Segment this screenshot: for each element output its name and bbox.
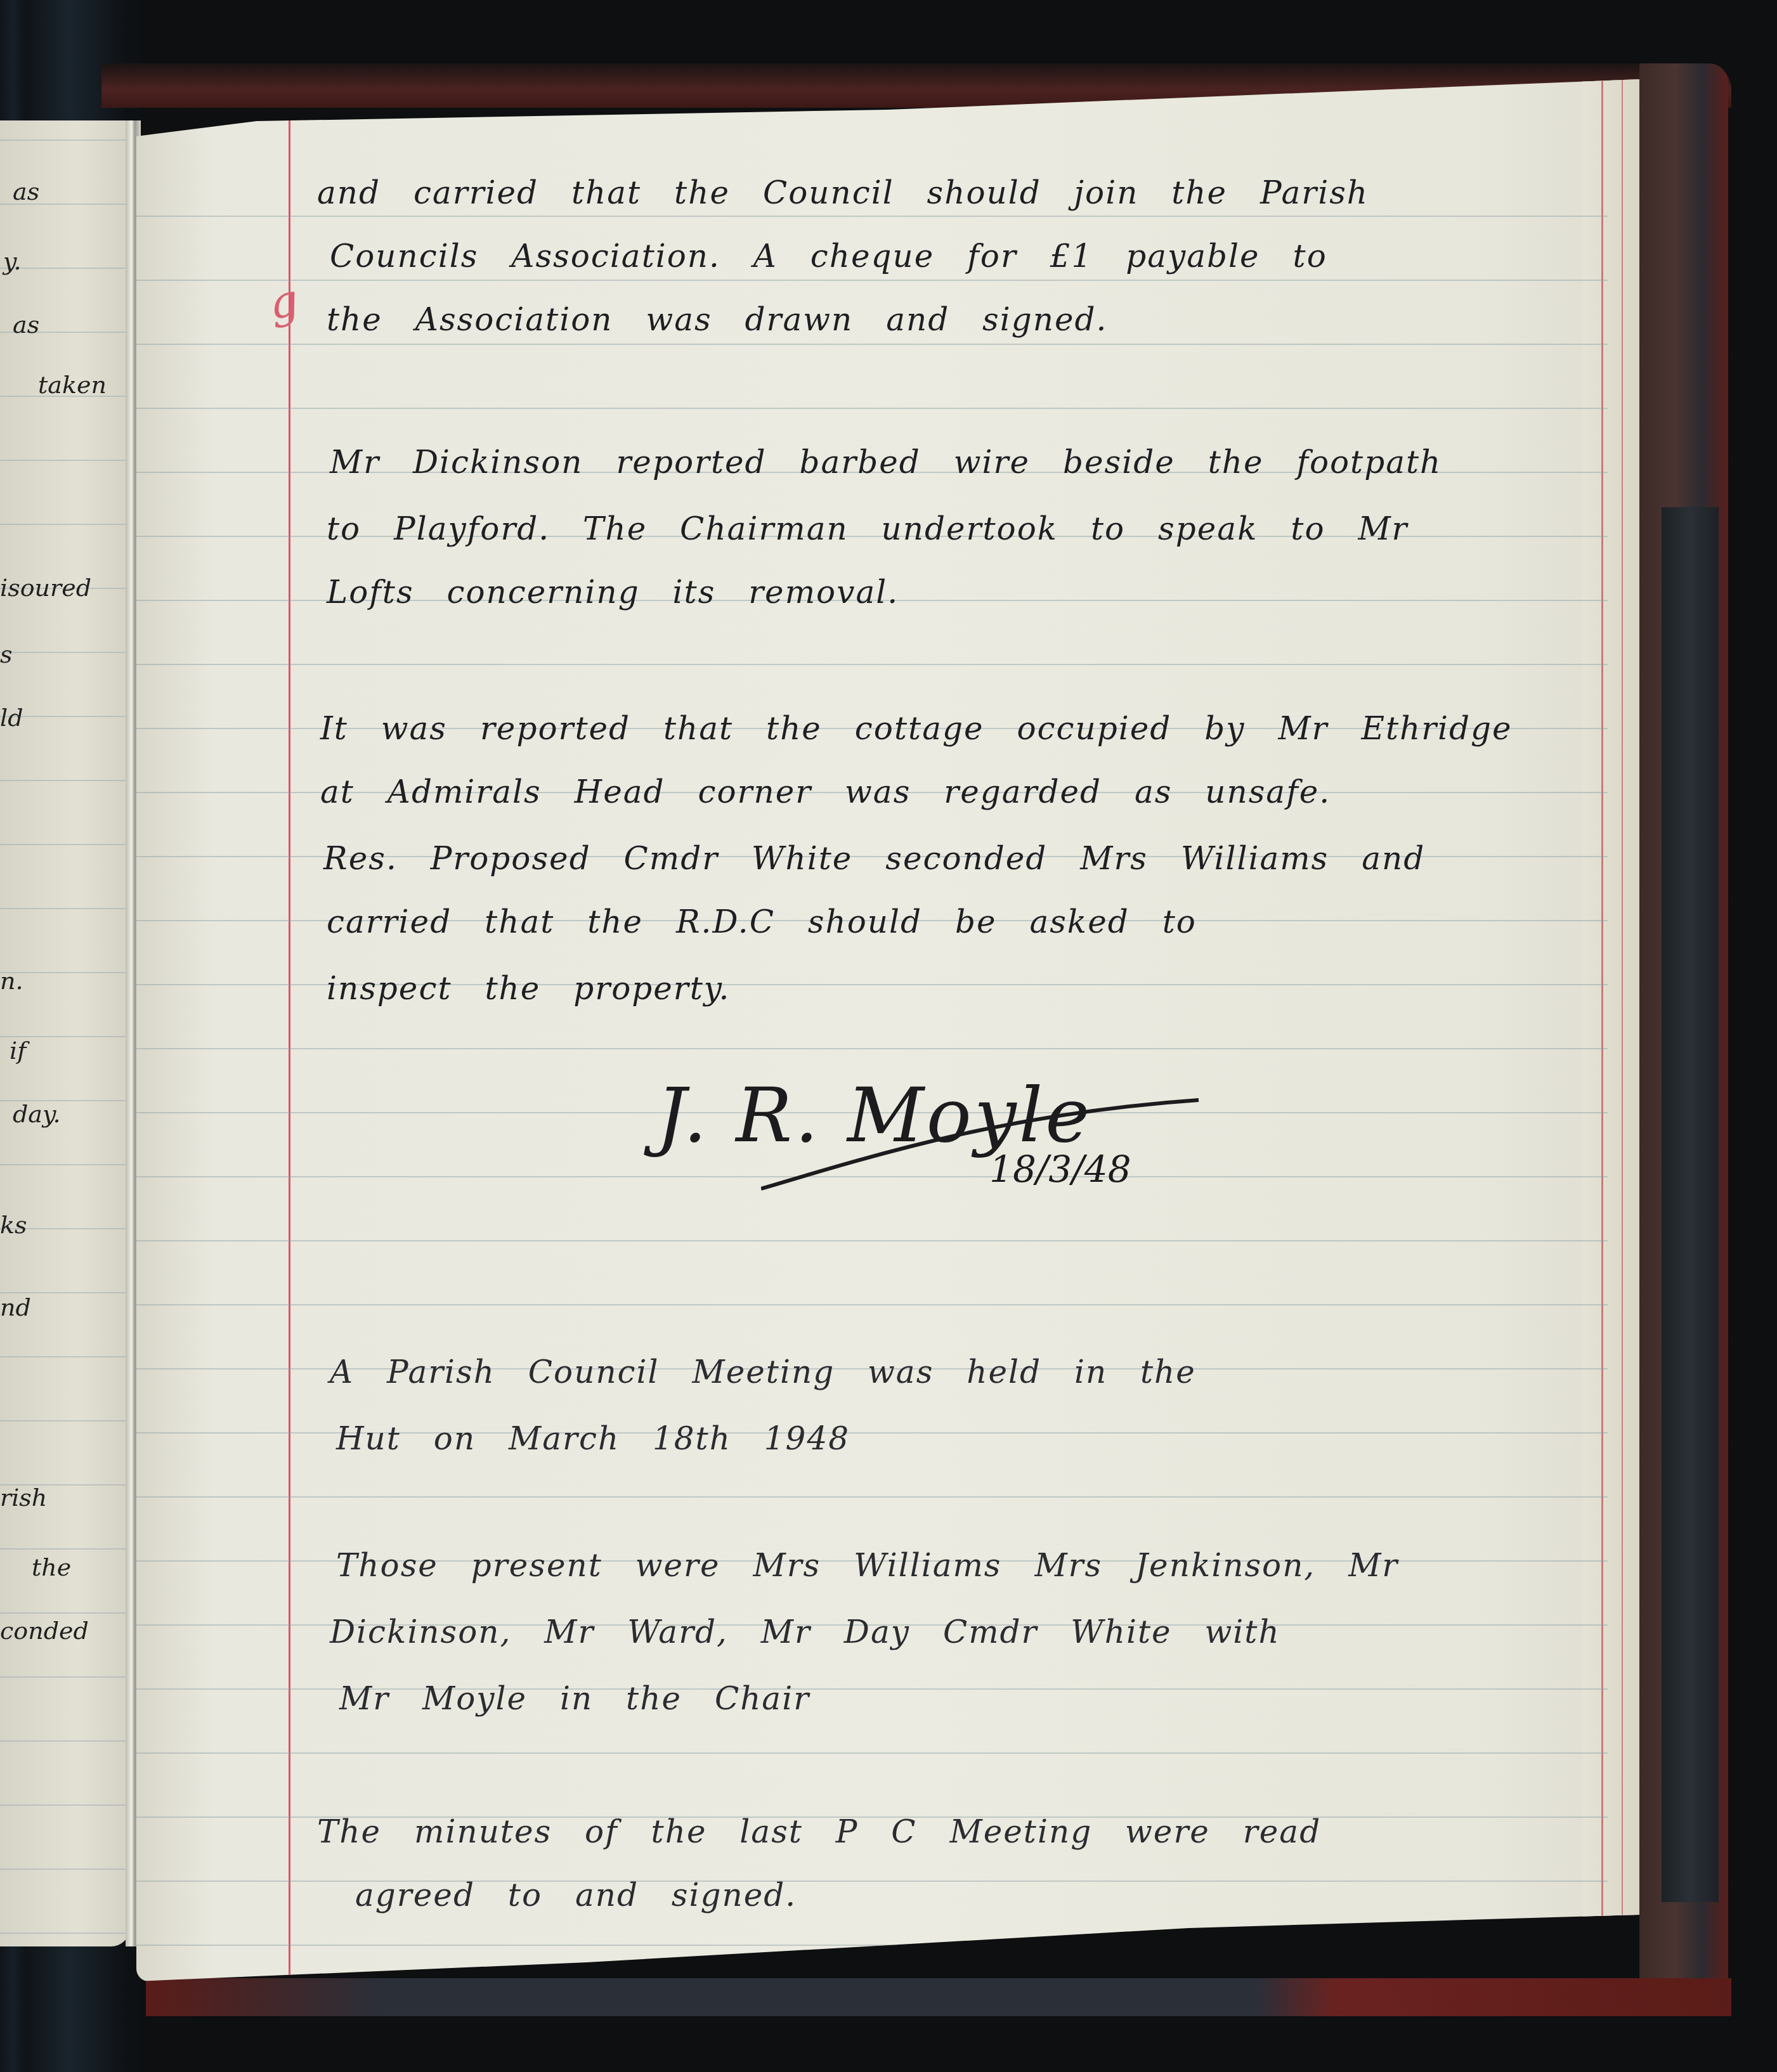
- left-page-text-fragment: taken: [38, 371, 107, 399]
- ruled-line: [0, 1804, 130, 1806]
- signature-date: 18/3/48: [989, 1148, 1131, 1191]
- left-page-text-fragment: conded: [0, 1617, 89, 1645]
- ruled-line: [136, 1752, 1608, 1754]
- ruled-line: [136, 1945, 1608, 1946]
- left-page: asy.astakenisouredsldn.ifday.ksndrishthe…: [0, 120, 130, 1946]
- entry-barbed-wire-line-1: Mr Dickinson reported barbed wire beside…: [330, 444, 1442, 481]
- left-page-text-fragment: s: [0, 640, 13, 668]
- ruled-line: [0, 1548, 130, 1550]
- book-cover-cloth-spine: [1662, 507, 1719, 1902]
- ruled-line: [0, 908, 130, 909]
- left-page-text-fragment: nd: [0, 1293, 31, 1321]
- attendance-line-1: Those present were Mrs Williams Mrs Jenk…: [336, 1547, 1398, 1584]
- left-page-text-fragment: n.: [0, 967, 23, 995]
- ruled-line: [0, 524, 130, 525]
- left-page-text-fragment: if: [10, 1037, 26, 1065]
- entry-cottage-line-5: inspect the property.: [327, 970, 730, 1007]
- left-page-text-fragment: ld: [0, 704, 23, 732]
- entry-cottage-line-2: at Admirals Head corner was regarded as …: [320, 774, 1331, 810]
- attendance-line-3: Mr Moyle in the Chair: [339, 1680, 810, 1717]
- left-page-text-fragment: as: [13, 178, 39, 205]
- ruled-line: [0, 1868, 130, 1870]
- entry-barbed-wire-line-3: Lofts concerning its removal.: [327, 574, 899, 611]
- ruled-line: [136, 408, 1608, 409]
- entry-barbed-wire-line-2: to Playford. The Chairman undertook to s…: [327, 510, 1409, 547]
- ruled-line: [0, 139, 130, 141]
- ruled-line: [136, 1496, 1608, 1498]
- ruled-line: [136, 1304, 1608, 1305]
- minutes-line-1: The minutes of the last P C Meeting were…: [317, 1813, 1321, 1850]
- meeting-heading-line-1: A Parish Council Meeting was held in the: [330, 1354, 1196, 1390]
- left-page-text-fragment: as: [13, 311, 39, 339]
- entry-association-line-1: and carried that the Council should join…: [317, 174, 1369, 211]
- left-page-text-fragment: y.: [3, 247, 22, 275]
- left-page-text-fragment: isoured: [0, 574, 91, 602]
- attendance-line-2: Dickinson, Mr Ward, Mr Day Cmdr White wi…: [330, 1614, 1280, 1650]
- left-page-text-fragment: day.: [13, 1100, 60, 1128]
- ruled-line: [0, 1740, 130, 1742]
- meeting-heading-line-2: Hut on March 18th 1948: [336, 1420, 850, 1457]
- entry-association-line-2: Councils Association. A cheque for £1 pa…: [330, 238, 1327, 275]
- left-page-text-fragment: rish: [0, 1484, 47, 1512]
- minutes-line-2: agreed to and signed.: [355, 1877, 797, 1913]
- margin-rule: [289, 79, 290, 1981]
- ruled-line: [0, 1420, 130, 1421]
- left-page-text-fragment: the: [32, 1553, 71, 1581]
- ruled-line: [136, 344, 1608, 345]
- signature-underline-flourish: [761, 1087, 1205, 1195]
- ruled-line: [0, 1164, 130, 1165]
- ruled-line: [0, 460, 130, 461]
- ruled-line: [0, 844, 130, 845]
- ruled-line: [0, 652, 130, 653]
- entry-cottage-line-4: carried that the R.D.C should be asked t…: [327, 903, 1197, 940]
- ruled-line: [136, 216, 1608, 217]
- margin-annotation: g: [265, 274, 302, 330]
- left-page-text-fragment: ks: [0, 1211, 27, 1239]
- ruled-line: [0, 1356, 130, 1357]
- ruled-line: [136, 1240, 1608, 1241]
- ruled-line: [0, 1933, 130, 1934]
- ruled-line: [0, 1612, 130, 1614]
- entry-cottage-line-1: It was reported that the cottage occupie…: [320, 710, 1513, 747]
- ruled-line: [136, 1048, 1608, 1049]
- ruled-line: [0, 780, 130, 781]
- ruled-line: [0, 1676, 130, 1678]
- entry-cottage-line-3: Res. Proposed Cmdr White seconded Mrs Wi…: [323, 840, 1425, 877]
- book-cover-bottom-edge: [146, 1978, 1731, 2016]
- ruled-line: [136, 280, 1608, 281]
- page-edge-stack: [1582, 79, 1639, 1981]
- ruled-line: [136, 664, 1608, 665]
- entry-association-line-3: the Association was drawn and signed.: [327, 301, 1107, 338]
